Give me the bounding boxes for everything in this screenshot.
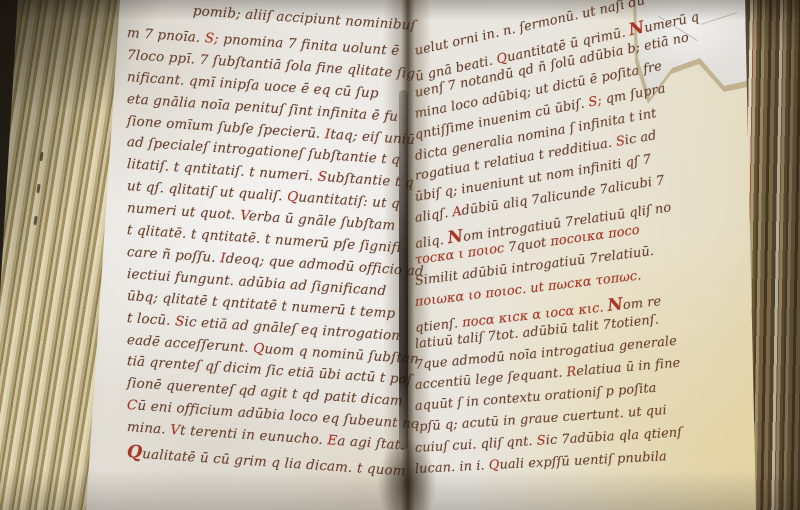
- ink-text: qm ſupra: [600, 81, 666, 108]
- ink-text: elatiua ū in fine: [576, 356, 681, 380]
- open-manuscript-photo: pomib; aliiſ accipiunt nominibuſm 7 pnoī…: [0, 0, 800, 510]
- ink-text: ic ad: [624, 129, 658, 149]
- gutter-shadow: [383, 0, 431, 510]
- ink-text: om re: [622, 294, 662, 313]
- ink-text: uali expſſū uentiſ pnubila: [499, 449, 667, 472]
- rubric-text: N: [446, 225, 464, 247]
- ink-text: umerū q: [643, 10, 701, 36]
- ink-text: ic 7adūbia qla qtienſ: [545, 425, 682, 448]
- rubric-text: N: [606, 293, 624, 315]
- rubric-text: Q: [488, 458, 499, 474]
